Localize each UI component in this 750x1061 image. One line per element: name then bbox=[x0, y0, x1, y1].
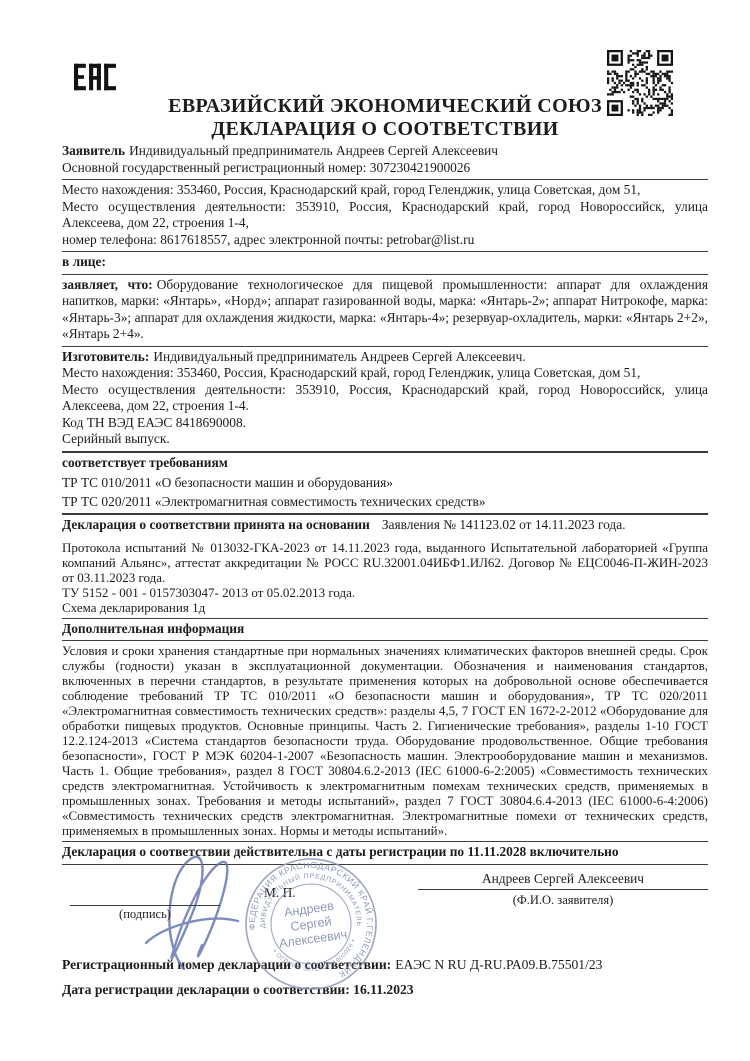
fio-caption: (Ф.И.О. заявителя) bbox=[418, 890, 708, 908]
applicant-address-section: Место нахождения: 353460, Россия, Красно… bbox=[62, 179, 708, 251]
registration-number-value: ЕАЭС N RU Д-RU.РА09.В.75501/23 bbox=[395, 957, 602, 972]
declares-section: заявляет, что:Оборудование технологическ… bbox=[62, 274, 708, 346]
in-person-label: в лице: bbox=[62, 254, 708, 271]
sign-field: (подпись) bbox=[70, 883, 220, 922]
union-title: ЕВРАЗИЙСКИЙ ЭКОНОМИЧЕСКИЙ СОЮЗ bbox=[62, 95, 708, 118]
declares-text: Оборудование технологическое для пищевой… bbox=[62, 277, 708, 342]
additional-info-text: Условия и сроки хранения стандартные при… bbox=[62, 643, 708, 838]
basis-label: Декларация о соответствии принята на осн… bbox=[62, 517, 370, 532]
applicant-name: Индивидуальный предприниматель Андреев С… bbox=[129, 143, 498, 158]
declaration-document: ЕВРАЗИЙСКИЙ ЭКОНОМИЧЕСКИЙ СОЮЗ ДЕКЛАРАЦИ… bbox=[0, 0, 750, 1061]
regulation-2: ТР ТС 020/2011 «Электромагнитная совмест… bbox=[62, 494, 708, 511]
additional-info-heading: Дополнительная информация bbox=[62, 621, 708, 638]
document-title: ДЕКЛАРАЦИЯ О СООТВЕТСТВИИ bbox=[62, 118, 708, 141]
basis-tu: ТУ 5152 - 001 - 0157303047- 2013 от 05.0… bbox=[62, 585, 708, 600]
basis-scheme: Схема декларирования 1д bbox=[62, 600, 708, 615]
manufacturer-label: Изготовитель: bbox=[62, 349, 149, 364]
compliance-heading: соответствует требованиям bbox=[62, 455, 708, 472]
applicant-address1: Место нахождения: 353460, Россия, Красно… bbox=[62, 182, 708, 199]
applicant-section: ЗаявительИндивидуальный предприниматель … bbox=[62, 141, 708, 179]
signature-block: (подпись) М. П. Андреев Сергей Алексееви… bbox=[62, 871, 708, 947]
manufacturer-section: Изготовитель:Индивидуальный предпринимат… bbox=[62, 346, 708, 451]
in-person-row: в лице: bbox=[62, 251, 708, 274]
tnved-code: Код ТН ВЭД ЕАЭС 8418690008. bbox=[62, 415, 708, 432]
declares-label: заявляет, что: bbox=[62, 277, 153, 292]
applicant-ogrn: Основной государственный регистрационный… bbox=[62, 160, 708, 177]
basis-section: Декларация о соответствии принята на осн… bbox=[62, 513, 708, 618]
applicant-address2: Место осуществления деятельности: 353910… bbox=[62, 199, 708, 232]
applicant-label: Заявитель bbox=[62, 143, 125, 158]
compliance-section: соответствует требованиям ТР ТС 010/2011… bbox=[62, 451, 708, 514]
additional-info-heading-row: Дополнительная информация bbox=[62, 618, 708, 641]
manufacturer-address2: Место осуществления деятельности: 353910… bbox=[62, 382, 708, 415]
declarant-name: Андреев Сергей Алексеевич bbox=[418, 871, 708, 889]
regulation-1: ТР ТС 010/2011 «О безопасности машин и о… bbox=[62, 475, 708, 492]
basis-protocol: Протокола испытаний № 013032-ГКА-2023 от… bbox=[62, 540, 708, 585]
signature-line bbox=[70, 883, 220, 906]
sign-caption: (подпись) bbox=[70, 906, 220, 922]
basis-application: Заявления № 141123.02 от 14.11.2023 года… bbox=[382, 517, 626, 532]
serial-release: Серийный выпуск. bbox=[62, 431, 708, 448]
applicant-contacts: номер телефона: 8617618557, адрес электр… bbox=[62, 232, 708, 249]
round-stamp-icon: РОССИЙСКАЯ ФЕДЕРАЦИЯ КРАСНОДАРСКИЙ КРАЙ … bbox=[222, 834, 400, 1012]
manufacturer-name: Индивидуальный предприниматель Андреев С… bbox=[153, 349, 525, 364]
manufacturer-address1: Место нахождения: 353460, Россия, Красно… bbox=[62, 365, 708, 382]
fio-field: Андреев Сергей Алексеевич (Ф.И.О. заявит… bbox=[418, 871, 708, 908]
additional-info-section: Условия и сроки хранения стандартные при… bbox=[62, 640, 708, 841]
